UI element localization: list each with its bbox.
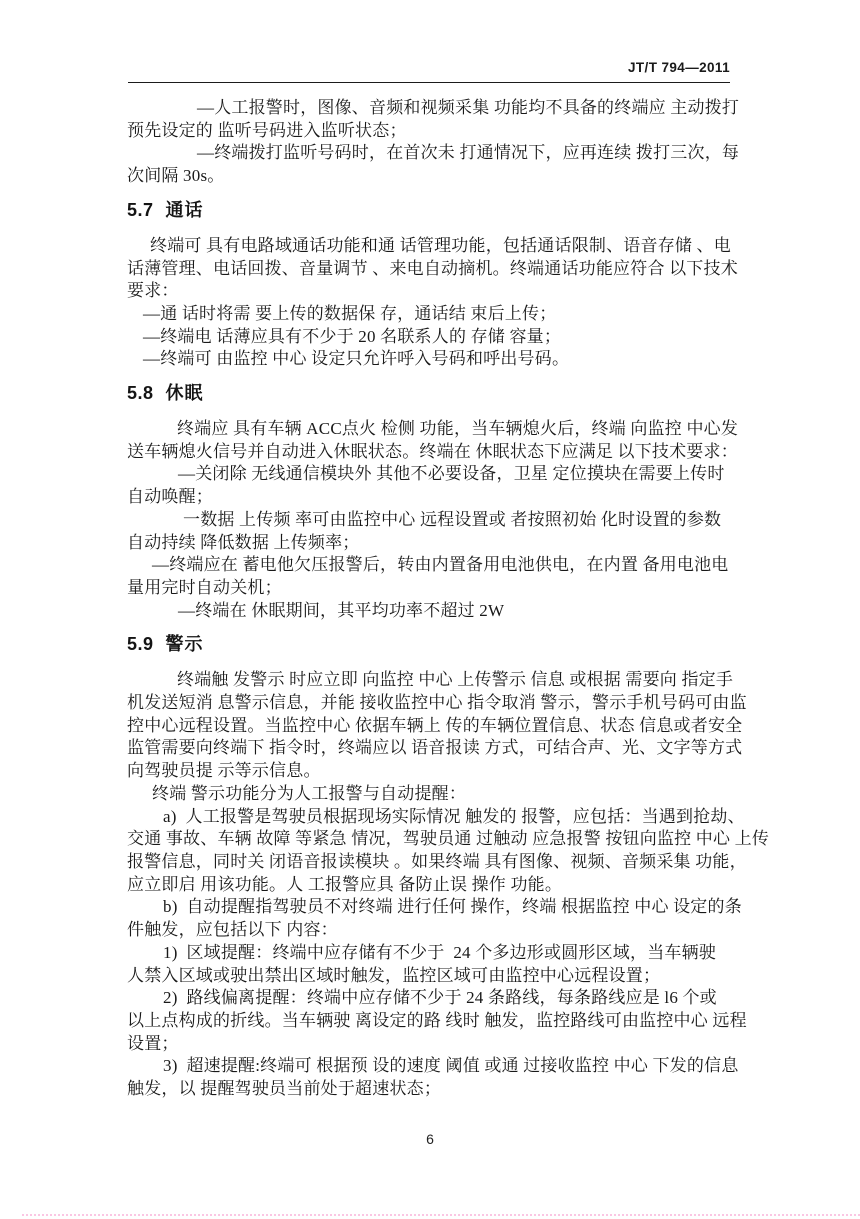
text-line: 1) 区域提醒：终端中应存储有不少于 24 个多边形或圆形区域，当车辆驶: [127, 942, 743, 965]
document-page: JT/T 794—2011 —人工报警时，图像、音频和视频采集 功能均不具备的终…: [0, 0, 860, 1219]
text-line: 次间隔 30s。: [127, 165, 743, 188]
text-line: 自动持续 降低数据 上传频率；: [127, 532, 743, 555]
text-line: —终端可 由监控 中心 设定只允许呼入号码和呼出号码。: [127, 348, 743, 371]
text-line: 送车辆熄火信号并自动进入休眠状态。终端在 休眠状态下应满足 以下技术要求：: [127, 441, 743, 464]
text-line: 自动唤醒；: [127, 486, 743, 509]
section-number: 5.8: [127, 383, 154, 403]
text-line: 向驾驶员提 示等示信息。: [127, 760, 743, 783]
text-line: 件触发，应包括以下 内容：: [127, 919, 743, 942]
section-heading: 5.7通话: [127, 198, 743, 223]
text-line: 一数据 上传频 率可由监控中心 远程设置或 者按照初始 化时设置的参数: [127, 509, 743, 532]
text-line: 终端 警示功能分为人工报警与自动提醒：: [127, 783, 743, 806]
section-number: 5.7: [127, 200, 154, 220]
text-line: —人工报警时，图像、音频和视频采集 功能均不具备的终端应 主动拨打: [127, 97, 743, 120]
text-line: 触发，以 提醒驾驶员当前处于超速状态；: [127, 1078, 743, 1101]
text-line: 预先设定的 监听号码进入监听状态；: [127, 120, 743, 143]
text-line: 终端可 具有电路域通话功能和通 话管理功能，包括通话限制、语音存储 、电: [127, 235, 743, 258]
text-line: 以上点构成的折线。当车辆驶 离设定的路 线时 触发，监控路线可由监控中心 远程: [127, 1010, 743, 1033]
section-title: 警示: [166, 634, 204, 654]
text-line: 要求：: [127, 280, 743, 303]
page-number: 6: [0, 1131, 860, 1147]
text-line: b) 自动提醒指驾驶员不对终端 进行任何 操作，终端 根据监控 中心 设定的条: [127, 896, 743, 919]
text-line: —关闭除 无线通信模块外 其他不必要设备，卫星 定位摸块在需要上传时: [127, 463, 743, 486]
text-line: 机发送短消 息警示信息，并能 接收监控中心 指令取消 警示，警示手机号码可由监: [127, 692, 743, 715]
doc-number: JT/T 794—2011: [128, 60, 730, 75]
text-line: —终端应在 蓄电他欠压报警后，转由内置备用电池供电，在内置 备用电池电: [127, 554, 743, 577]
text-line: 3) 超速提醒:终端可 根据预 设的速度 阈值 或通 过接收监控 中心 下发的信…: [127, 1055, 743, 1078]
footer-dotted-line: [22, 1214, 860, 1216]
text-line: 2) 路线偏离提醒：终端中应存储不少于 24 条路线，每条路线应是 l6 个或: [127, 987, 743, 1010]
text-line: —终端在 休眠期间，其平均功率不超过 2W: [127, 600, 743, 623]
text-line: 应立即启 用该功能。人 工报警应具 备防止误 操作 功能。: [127, 874, 743, 897]
text-line: 设置；: [127, 1033, 743, 1056]
section-heading: 5.8休眠: [127, 381, 743, 406]
section-title: 通话: [166, 200, 204, 220]
text-line: 量用完时自动关机；: [127, 577, 743, 600]
section-heading: 5.9警示: [127, 632, 743, 657]
header-rule: [128, 82, 730, 83]
text-line: 控中心远程设置。当监控中心 依据车辆上 传的车辆位置信息、状态 信息或者安全: [127, 715, 743, 738]
text-line: 人禁入区域或驶出禁出区域时触发，监控区域可由监控中心远程设置；: [127, 965, 743, 988]
document-body: —人工报警时，图像、音频和视频采集 功能均不具备的终端应 主动拨打预先设定的 监…: [127, 97, 743, 1101]
text-line: 交通 事故、车辆 故障 等紧急 情况，驾驶员通 过触动 应急报警 按钮向监控 中…: [127, 828, 743, 851]
section-title: 休眠: [166, 383, 204, 403]
text-line: a) 人工报警是驾驶员根据现场实际情况 触发的 报警，应包括：当遇到抢劫、: [127, 806, 743, 829]
text-line: —终端电 话薄应具有不少于 20 名联系人的 存储 容量；: [127, 326, 743, 349]
section-number: 5.9: [127, 634, 154, 654]
text-line: 话薄管理、电话回拨、音量调节 、来电自动摘机。终端通话功能应符合 以下技术: [127, 258, 743, 281]
text-line: —终端拨打监听号码时，在首次未 打通情况下，应再连续 拨打三次，每: [127, 142, 743, 165]
text-line: —通 话时将需 要上传的数据保 存，通话结 束后上传；: [127, 303, 743, 326]
text-line: 报警信息，同时关 闭语音报读模块 。如果终端 具有图像、视频、音频采集 功能，: [127, 851, 743, 874]
text-line: 终端触 发警示 时应立即 向监控 中心 上传警示 信息 或根据 需要向 指定手: [127, 669, 743, 692]
text-line: 监管需要向终端下 指令时，终端应以 语音报读 方式，可结合声、光、文字等方式: [127, 737, 743, 760]
text-line: 终端应 具有车辆 ACC点火 检侧 功能，当车辆熄火后，终端 向监控 中心发: [127, 418, 743, 441]
